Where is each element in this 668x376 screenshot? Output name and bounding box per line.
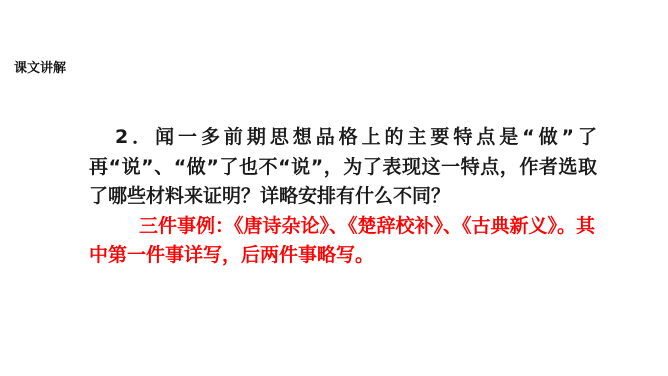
- content-block: 2．闻一多前期思想品格上的主要特点是“做”了再“说”、“做”了也不“说”，为了表…: [89, 123, 597, 271]
- section-label: 课文讲解: [14, 61, 66, 77]
- question-paragraph: 2．闻一多前期思想品格上的主要特点是“做”了再“说”、“做”了也不“说”，为了表…: [89, 123, 597, 212]
- answer-text: 三件事例：《唐诗杂论》、《楚辞校补》、《古典新义》。其中第一件事详写，后两件事略…: [89, 215, 595, 267]
- question-number: 2．: [115, 126, 155, 148]
- answer-paragraph: 三件事例：《唐诗杂论》、《楚辞校补》、《古典新义》。其中第一件事详写，后两件事略…: [89, 212, 597, 271]
- question-text: 闻一多前期思想品格上的主要特点是“做”了再“说”、“做”了也不“说”，为了表现这…: [89, 126, 597, 207]
